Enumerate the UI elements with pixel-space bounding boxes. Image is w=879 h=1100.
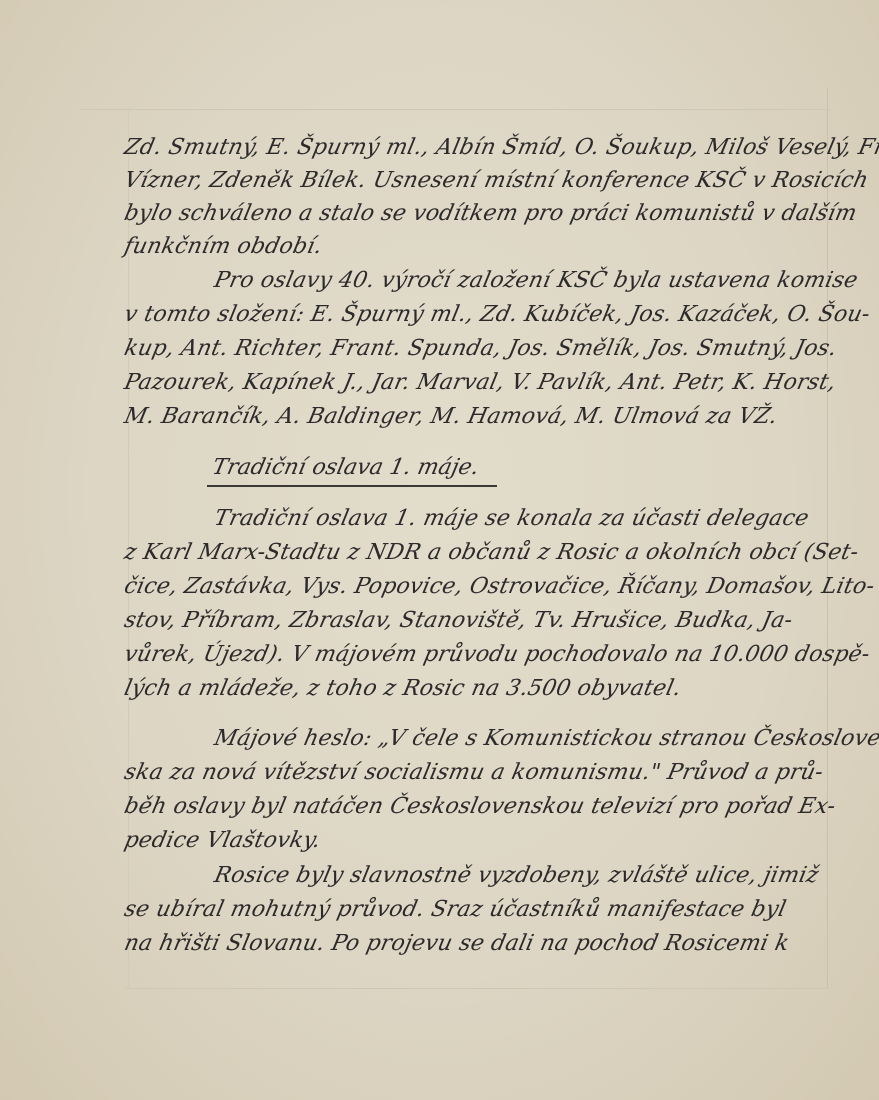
page-rule-top (80, 109, 830, 110)
text-line: čice, Zastávka, Vys. Popovice, Ostrovači… (122, 574, 877, 599)
text-line: běh oslavy byl natáčen Československou t… (122, 794, 838, 819)
text-line: Pazourek, Kapínek J., Jar. Marval, V. Pa… (122, 370, 838, 395)
text-line: lých a mládeže, z toho z Rosic na 3.500 … (122, 676, 683, 701)
text-line: kup, Ant. Richter, Frant. Spunda, Jos. S… (122, 336, 839, 361)
text-line: Zd. Smutný, E. Špurný ml., Albín Šmíd, O… (122, 135, 879, 160)
text-line: M. Barančík, A. Baldinger, M. Hamová, M.… (122, 404, 780, 429)
text-line: ska za nová vítězství socialismu a komun… (122, 760, 826, 785)
text-line: na hřišti Slovanu. Po projevu se dali na… (122, 931, 791, 956)
page-rule-bottom (125, 988, 830, 989)
text-line: Májové heslo: „V čele s Komunistickou st… (212, 726, 879, 751)
text-line: z Karl Marx-Stadtu z NDR a občanů z Rosi… (122, 540, 861, 565)
document-page: Zd. Smutný, E. Špurný ml., Albín Šmíd, O… (0, 0, 879, 1100)
text-line: Pro oslavy 40. výročí založení KSČ byla … (212, 268, 860, 293)
text-line: se ubíral mohutný průvod. Sraz účastníků… (122, 897, 788, 922)
section-heading: Tradiční oslava 1. máje. (210, 455, 481, 480)
text-line: stov, Příbram, Zbraslav, Stanoviště, Tv.… (122, 608, 795, 633)
text-line: Rosice byly slavnostně vyzdobeny, zvlášt… (212, 863, 821, 888)
text-line: bylo schváleno a stalo se vodítkem pro p… (122, 201, 859, 226)
text-line: Vízner, Zdeněk Bílek. Usnesení místní ko… (122, 168, 871, 193)
heading-underline (207, 485, 497, 487)
text-line: v tomto složení: E. Špurný ml., Zd. Kubí… (122, 302, 872, 327)
text-line: Tradiční oslava 1. máje se konala za úča… (212, 506, 811, 531)
text-line: vůrek, Újezd). V májovém průvodu pochodo… (122, 642, 872, 667)
text-line: funkčním období. (122, 234, 324, 259)
text-line: pedice Vlaštovky. (122, 828, 323, 853)
